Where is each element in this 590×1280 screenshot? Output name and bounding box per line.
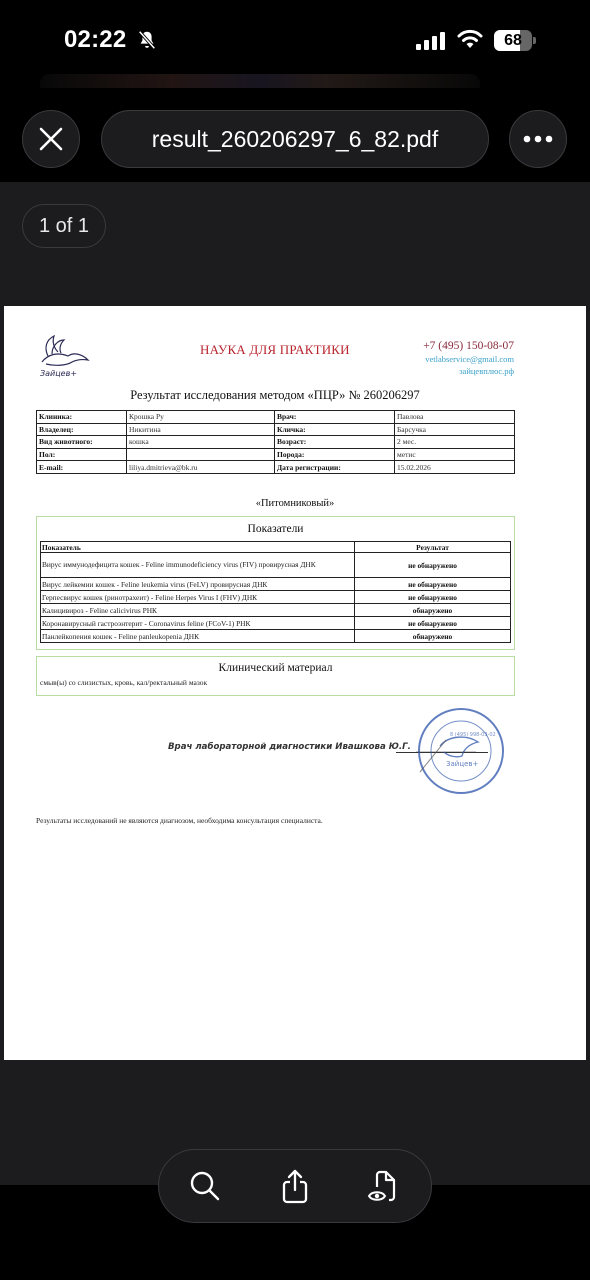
info-label: Дата регистрации: [275,461,395,474]
info-label: Клиника: [37,411,127,424]
indicator-name: Вирус иммунодефицита кошек - Feline immu… [41,553,355,578]
info-value: liliya.dmitrieva@bk.ru [127,461,275,474]
more-button[interactable] [509,110,567,168]
pdf-viewer[interactable]: 1 of 1 Зайцев+ НАУКА ДЛЯ ПРАКТИКИ +7 (49… [0,182,590,1185]
cellular-signal-icon [416,32,448,50]
indicator-result: обнаружено [355,604,511,617]
info-label: Порода: [275,448,395,461]
indicator-result: не обнаружено [355,578,511,591]
patient-info-table: Клиника:Крошка РуВрач:ПавловаВладелец:Ни… [36,410,515,474]
more-icon [523,135,553,143]
indicator-name: Калицивироз - Feline calicivirus РНК [41,604,355,617]
hare-logo-icon: Зайцев+ [34,332,92,380]
close-icon [38,126,64,152]
indicators-section: Показатели Показатель Результат Вирус им… [36,516,515,650]
share-button[interactable] [273,1164,317,1208]
indicator-result: не обнаружено [355,591,511,604]
info-value: Никитина [127,423,275,436]
indicator-result: не обнаружено [355,617,511,630]
clinical-material-title: Клинический материал [37,657,514,678]
info-label: Возраст: [275,436,395,449]
wifi-icon [456,28,484,50]
info-row: Владелец:НикитинаКличка:Барсучка [37,423,515,436]
svg-text:Зайцев+: Зайцев+ [446,760,479,768]
search-icon [189,1170,221,1202]
info-row: Пол:Порода:метис [37,448,515,461]
info-label: Врач: [275,411,395,424]
status-bar: 02:22 68 [0,0,590,80]
info-label: Пол: [37,448,127,461]
info-value: Барсучка [395,423,515,436]
info-value: кошка [127,436,275,449]
result-row: Вирус иммунодефицита кошек - Feline immu… [41,553,511,578]
column-header-result: Результат [355,542,511,553]
contact-phone[interactable]: +7 (495) 150-08-07 [423,340,514,352]
indicators-title: Показатели [37,517,514,541]
close-button[interactable] [22,110,80,168]
search-button[interactable] [183,1164,227,1208]
lab-contacts: +7 (495) 150-08-07 vetlabservice@gmail.c… [423,340,514,376]
indicator-name: Панлейкопения кошек - Feline panleukopen… [41,630,355,643]
clinical-material-text: смыв(ы) со слизистых, кровь, кал/ректаль… [37,678,514,687]
info-label: Владелец: [37,423,127,436]
doctor-signature: Врач лабораторной диагностики Ивашкова Ю… [168,742,411,752]
battery-level: 68 [494,30,532,51]
panel-name: «Питомниковый» [4,498,586,509]
background-app-strip [40,74,480,88]
status-time: 02:22 [64,26,126,54]
disclaimer: Результаты исследований не являются диаг… [36,816,323,825]
info-label: Вид животного: [37,436,127,449]
result-row: Коронавирусный гастроэнтерит - Coronavir… [41,617,511,630]
preview-button[interactable] [361,1164,405,1208]
contact-email[interactable]: vetlabservice@gmail.com [423,354,514,364]
result-row: Калицивироз - Feline calicivirus РНКобна… [41,604,511,617]
indicator-result: не обнаружено [355,553,511,578]
contact-site[interactable]: зайцевплюс.рф [423,366,514,376]
file-name-title[interactable]: result_260206297_6_82.pdf [101,110,489,168]
results-table: Показатель Результат Вирус иммунодефицит… [40,541,511,643]
clinical-material-section: Клинический материал смыв(ы) со слизисты… [36,656,515,696]
info-label: E-mail: [37,461,127,474]
indicator-result: обнаружено [355,630,511,643]
page-indicator: 1 of 1 [22,204,106,248]
lab-stamp-icon: Зайцев+ 8 (495) 998-03-02 [416,706,506,796]
indicator-name: Герпесвирус кошек (ринотрахеит) - Feline… [41,591,355,604]
result-row: Вирус лейкемии кошек - Feline leukemia v… [41,578,511,591]
result-row: Панлейкопения кошек - Feline panleukopen… [41,630,511,643]
svg-text:Зайцев+: Зайцев+ [40,369,77,378]
info-row: E-mail:liliya.dmitrieva@bk.ruДата регист… [37,461,515,474]
info-row: Вид животного:кошкаВозраст:2 мес. [37,436,515,449]
column-header-indicator: Показатель [41,542,355,553]
info-value: Павлова [395,411,515,424]
pdf-page[interactable]: Зайцев+ НАУКА ДЛЯ ПРАКТИКИ +7 (495) 150-… [4,306,586,1060]
info-value: Крошка Ру [127,411,275,424]
share-icon [280,1168,310,1204]
viewer-header: result_260206297_6_82.pdf [0,88,590,182]
indicator-name: Коронавирусный гастроэнтерит - Coronavir… [41,617,355,630]
document-title: Результат исследования методом «ПЦР» № 2… [4,388,546,403]
info-label: Кличка: [275,423,395,436]
bottom-toolbar [158,1149,432,1223]
info-value [127,448,275,461]
bell-slash-icon [136,29,158,51]
result-row: Герпесвирус кошек (ринотрахеит) - Feline… [41,591,511,604]
lab-slogan: НАУКА ДЛЯ ПРАКТИКИ [200,342,350,358]
indicator-name: Вирус лейкемии кошек - Feline leukemia v… [41,578,355,591]
info-value: метис [395,448,515,461]
svg-text:8 (495) 998-03-02: 8 (495) 998-03-02 [450,732,496,738]
info-value: 2 мес. [395,436,515,449]
battery-icon: 68 [494,30,536,51]
info-value: 15.02.2026 [395,461,515,474]
document-eye-icon [367,1169,399,1203]
info-row: Клиника:Крошка РуВрач:Павлова [37,411,515,424]
